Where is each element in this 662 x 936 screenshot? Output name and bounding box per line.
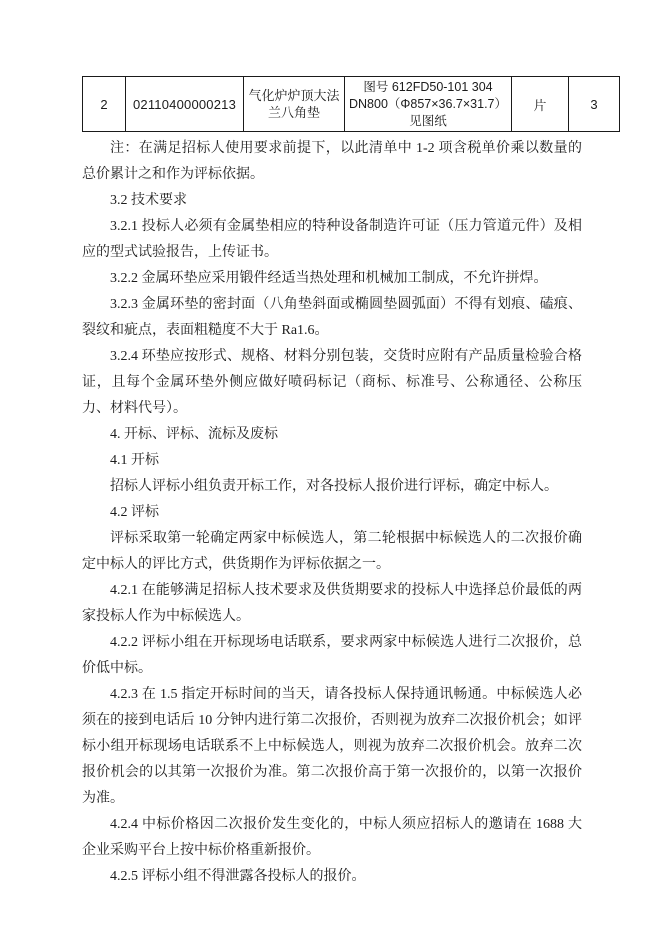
items-table: 2 02110400000213 气化炉炉顶大法兰八角垫 图号 612FD50-… <box>82 76 620 132</box>
clause-4-2-intro: 评标采取第一轮确定两家中标候选人，第二轮根据中标候选人的二次报价确定中标人的评比… <box>82 526 582 578</box>
cell-material-code: 02110400000213 <box>126 77 244 132</box>
cell-quantity: 3 <box>569 77 620 132</box>
clause-4-2-3: 4.2.3 在 1.5 指定开标时间的当天，请各投标人保持通讯畅通。中标候选人必… <box>82 682 582 812</box>
clause-4-2-5: 4.2.5 评标小组不得泄露各投标人的报价。 <box>82 864 582 890</box>
clause-3-2-2: 3.2.2 金属环垫应采用锻件经适当热处理和机械加工制成，不允许拼焊。 <box>82 266 582 292</box>
heading-4-2: 4.2 评标 <box>82 500 582 526</box>
cell-specification: 图号 612FD50-101 304 DN800（Φ857×36.7×31.7）… <box>345 77 512 132</box>
note-paragraph: 注：在满足招标人使用要求前提下，以此清单中 1-2 项含税单价乘以数量的总价累计… <box>82 136 582 188</box>
heading-3-2: 3.2 技术要求 <box>82 188 582 214</box>
document-page: 2 02110400000213 气化炉炉顶大法兰八角垫 图号 612FD50-… <box>0 0 662 936</box>
table-row: 2 02110400000213 气化炉炉顶大法兰八角垫 图号 612FD50-… <box>83 77 620 132</box>
clause-3-2-4: 3.2.4 环垫应按形式、规格、材料分别包装，交货时应附有产品质量检验合格证，且… <box>82 344 582 422</box>
cell-item-name: 气化炉炉顶大法兰八角垫 <box>244 77 345 132</box>
clause-4-1-body: 招标人评标小组负责开标工作，对各投标人报价进行评标，确定中标人。 <box>82 474 582 500</box>
cell-unit: 片 <box>512 77 569 132</box>
clause-4-2-4: 4.2.4 中标价格因二次报价发生变化的，中标人须应招标人的邀请在 1688 大… <box>82 812 582 864</box>
document-body: 注：在满足招标人使用要求前提下，以此清单中 1-2 项含税单价乘以数量的总价累计… <box>82 136 582 890</box>
clause-4-2-1: 4.2.1 在能够满足招标人技术要求及供货期要求的投标人中选择总价最低的两家投标… <box>82 578 582 630</box>
heading-4: 4. 开标、评标、流标及废标 <box>82 422 582 448</box>
clause-3-2-1: 3.2.1 投标人必须有金属垫相应的特种设备制造许可证（压力管道元件）及相应的型… <box>82 214 582 266</box>
cell-sequence-number: 2 <box>83 77 126 132</box>
heading-4-1: 4.1 开标 <box>82 448 582 474</box>
clause-4-2-2: 4.2.2 评标小组在开标现场电话联系，要求两家中标候选人进行二次报价，总价低中… <box>82 630 582 682</box>
clause-3-2-3: 3.2.3 金属环垫的密封面（八角垫斜面或椭圆垫圆弧面）不得有划痕、磕痕、裂纹和… <box>82 292 582 344</box>
